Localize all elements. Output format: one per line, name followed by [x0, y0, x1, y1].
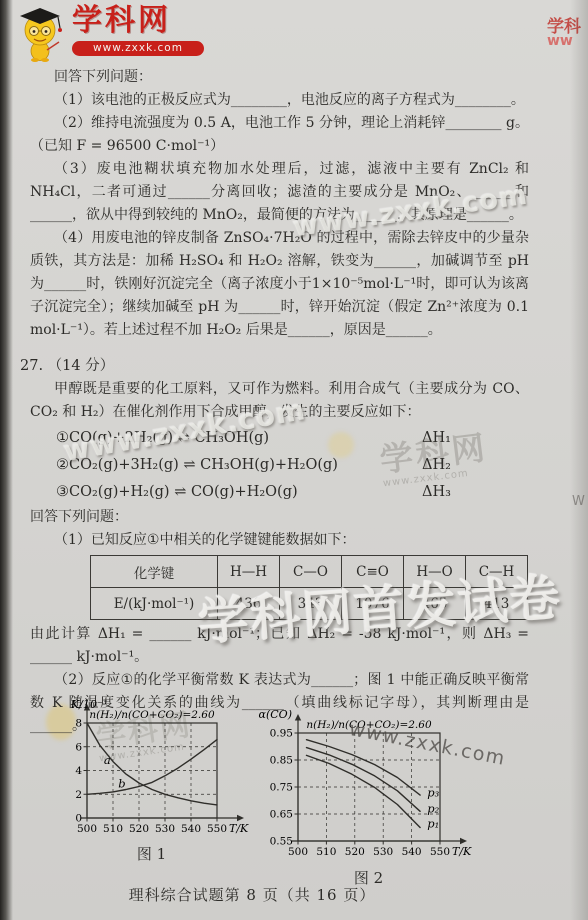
chart-annotation: n(H₂)/n(CO+CO₂)=2.60	[89, 709, 215, 721]
q27-answer-intro: 回答下列问题：	[30, 506, 529, 529]
y-tick-label: 8	[75, 718, 82, 730]
x-tick-label: 530	[373, 846, 393, 858]
y-tick-label: 4	[75, 765, 82, 777]
figures-row: 50051052053054055002468K/10⁻³T/Kn(H₂)/n(…	[48, 698, 588, 908]
figure1: 50051052053054055002468K/10⁻³T/Kn(H₂)/n(…	[48, 698, 283, 864]
x-axis-label: T/K	[229, 822, 249, 835]
series-label-p₂: p₂	[427, 802, 439, 816]
y-axis-arrow	[295, 714, 301, 721]
q27-sub1: （1）已知反应①中相关的化学键键能数据如下：	[30, 529, 529, 552]
equation-3: ③CO₂(g)+H₂(g) ⇌ CO(g)+H₂O(g)	[56, 484, 298, 500]
x-tick-label: 510	[103, 823, 123, 835]
equation-row-3: ③CO₂(g)+H₂(g) ⇌ CO(g)+H₂O(g) ΔH₃	[56, 479, 529, 506]
x-tick-label: 550	[207, 823, 227, 835]
x-tick-label: 550	[430, 846, 450, 858]
x-tick-label: 520	[345, 846, 365, 858]
q26-item-1: （1）该电池的正极反应式为________，电池反应的离子方程式为_______…	[30, 89, 529, 112]
delta-h2-label: ΔH₂	[422, 452, 451, 479]
x-tick-label: 510	[316, 846, 336, 858]
series-label-a: a	[104, 753, 111, 767]
q26-answer-intro: 回答下列问题：	[30, 66, 529, 89]
q27-heading: 27. （14 分）	[20, 355, 529, 378]
y-tick-label: 0.65	[270, 809, 293, 821]
series-p₁	[307, 755, 421, 827]
x-tick-label: 500	[288, 846, 308, 858]
q27-number: 27.	[20, 358, 43, 374]
series-label-b: b	[118, 777, 125, 791]
y-axis-label: α(CO)	[259, 710, 292, 721]
y-tick-label: 6	[75, 741, 82, 753]
scan-edge-shadow-right	[570, 0, 588, 920]
x-axis-label: T/K	[452, 845, 472, 858]
series-p₂	[307, 748, 421, 812]
scan-edge-shadow-left	[0, 0, 13, 920]
scanned-exam-page: { "page": { "footer": "理科综合试题第 8 页（共 16 …	[0, 0, 588, 920]
delta-h1-label: ΔH₁	[422, 425, 451, 452]
series-label-p₁: p₁	[427, 817, 439, 831]
figure1-chart: 50051052053054055002468K/10⁻³T/Kn(H₂)/n(…	[48, 698, 283, 838]
logo-url-badge: www.zxxk.com	[72, 41, 204, 56]
delta-h3-label: ΔH₃	[422, 479, 451, 506]
q26-item-4: （4）用废电池的锌皮制备 ZnSO₄·7H₂O 的过程中，需除去锌皮中的少量杂质…	[30, 227, 529, 342]
x-axis-arrow	[460, 838, 467, 844]
page-footer: 理科综合试题第 8 页（共 16 页）	[0, 884, 546, 905]
x-tick-label: 540	[402, 846, 422, 858]
q27-score: （14 分）	[48, 358, 115, 374]
x-tick-label: 530	[155, 823, 175, 835]
y-tick-label: 0.75	[270, 782, 293, 794]
q26-item-2: （2）维持电流强度为 0.5 A，电池工作 5 分钟，理论上消耗锌_______…	[30, 112, 529, 158]
x-axis-arrow	[237, 815, 244, 821]
site-logo: 学科网 www.zxxk.com	[14, 4, 204, 62]
x-tick-label: 540	[181, 823, 201, 835]
y-tick-label: 0.55	[270, 836, 293, 848]
x-tick-label: 500	[77, 823, 97, 835]
y-tick-label: 2	[75, 789, 82, 801]
logo-text-block: 学科网 www.zxxk.com	[72, 4, 204, 56]
y-tick-label: 0.95	[270, 728, 293, 740]
series-label-p₃: p₃	[427, 785, 439, 799]
logo-brand-text: 学科网	[72, 4, 204, 38]
corner-watermark-url: ww	[547, 33, 573, 49]
y-tick-label: 0.85	[270, 755, 293, 767]
figure1-caption: 图 1	[34, 843, 269, 864]
mascot-icon	[14, 4, 68, 62]
y-tick-label: 0	[75, 813, 82, 825]
x-tick-label: 520	[129, 823, 149, 835]
